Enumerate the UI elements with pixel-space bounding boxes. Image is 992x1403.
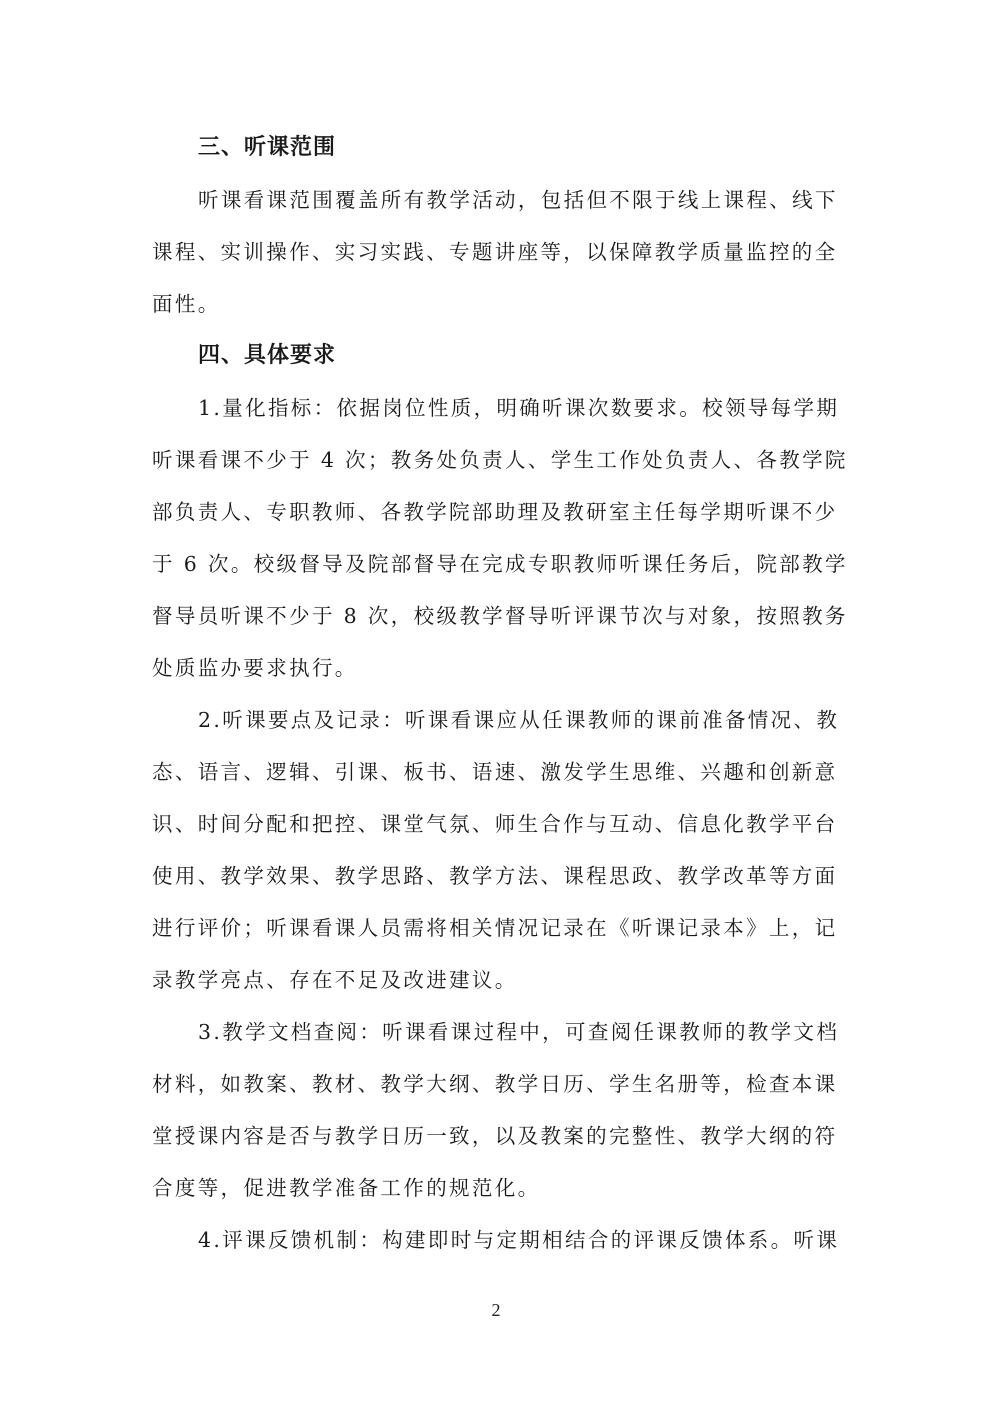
paragraph-line: 进行评价；听课看课人员需将相关情况记录在《听课记录本》上，记 [152,902,842,954]
section-specific-requirements: 四、具体要求 1.量化指标：依据岗位性质，明确听课次数要求。校领导每学期 听课看… [152,330,842,1266]
paragraph-line: 合度等，促进教学准备工作的规范化。 [152,1162,842,1214]
paragraph-feedback-mechanism: 4.评课反馈机制：构建即时与定期相结合的评课反馈体系。听课 [152,1214,842,1266]
section-heading: 三、听课范围 [152,122,842,174]
page-number: 2 [0,1300,992,1321]
paragraph-line: 4.评课反馈机制：构建即时与定期相结合的评课反馈体系。听课 [152,1214,842,1266]
paragraph-line: 部负责人、专职教师、各教学院部助理及教研室主任每学期听课不少 [152,486,842,538]
paragraph-line: 面性。 [152,278,842,330]
paragraph-line: 听课看课范围覆盖所有教学活动，包括但不限于线上课程、线下 [152,174,842,226]
paragraph-quantitative-indicators: 1.量化指标：依据岗位性质，明确听课次数要求。校领导每学期 听课看课不少于 4 … [152,382,842,694]
paragraph-line: 于 6 次。校级督导及院部督导在完成专职教师听课任务后，院部教学 [152,538,842,590]
paragraph: 听课看课范围覆盖所有教学活动，包括但不限于线上课程、线下 课程、实训操作、实习实… [152,174,842,330]
paragraph-line: 督导员听课不少于 8 次，校级教学督导听评课节次与对象，按照教务 [152,590,842,642]
paragraph-line: 3.教学文档查阅：听课看课过程中，可查阅任课教师的教学文档 [152,1006,842,1058]
section-listening-scope: 三、听课范围 听课看课范围覆盖所有教学活动，包括但不限于线上课程、线下 课程、实… [152,122,842,330]
paragraph-line: 听课看课不少于 4 次；教务处负责人、学生工作处负责人、各教学院 [152,434,842,486]
paragraph-line: 录教学亮点、存在不足及改进建议。 [152,954,842,1006]
paragraph-line: 2.听课要点及记录：听课看课应从任课教师的课前准备情况、教 [152,694,842,746]
paragraph-listening-points: 2.听课要点及记录：听课看课应从任课教师的课前准备情况、教 态、语言、逻辑、引课… [152,694,842,1006]
paragraph-line: 堂授课内容是否与教学日历一致，以及教案的完整性、教学大纲的符 [152,1110,842,1162]
paragraph-line: 1.量化指标：依据岗位性质，明确听课次数要求。校领导每学期 [152,382,842,434]
paragraph-line: 态、语言、逻辑、引课、板书、语速、激发学生思维、兴趣和创新意 [152,746,842,798]
paragraph-line: 材料，如教案、教材、教学大纲、教学日历、学生名册等，检查本课 [152,1058,842,1110]
paragraph-line: 处质监办要求执行。 [152,642,842,694]
paragraph-line: 识、时间分配和把控、课堂气氛、师生合作与互动、信息化教学平台 [152,798,842,850]
paragraph-document-review: 3.教学文档查阅：听课看课过程中，可查阅任课教师的教学文档 材料，如教案、教材、… [152,1006,842,1214]
paragraph-line: 课程、实训操作、实习实践、专题讲座等，以保障教学质量监控的全 [152,226,842,278]
document-page: 三、听课范围 听课看课范围覆盖所有教学活动，包括但不限于线上课程、线下 课程、实… [152,122,842,1266]
paragraph-line: 使用、教学效果、教学思路、教学方法、课程思政、教学改革等方面 [152,850,842,902]
section-heading: 四、具体要求 [152,330,842,382]
